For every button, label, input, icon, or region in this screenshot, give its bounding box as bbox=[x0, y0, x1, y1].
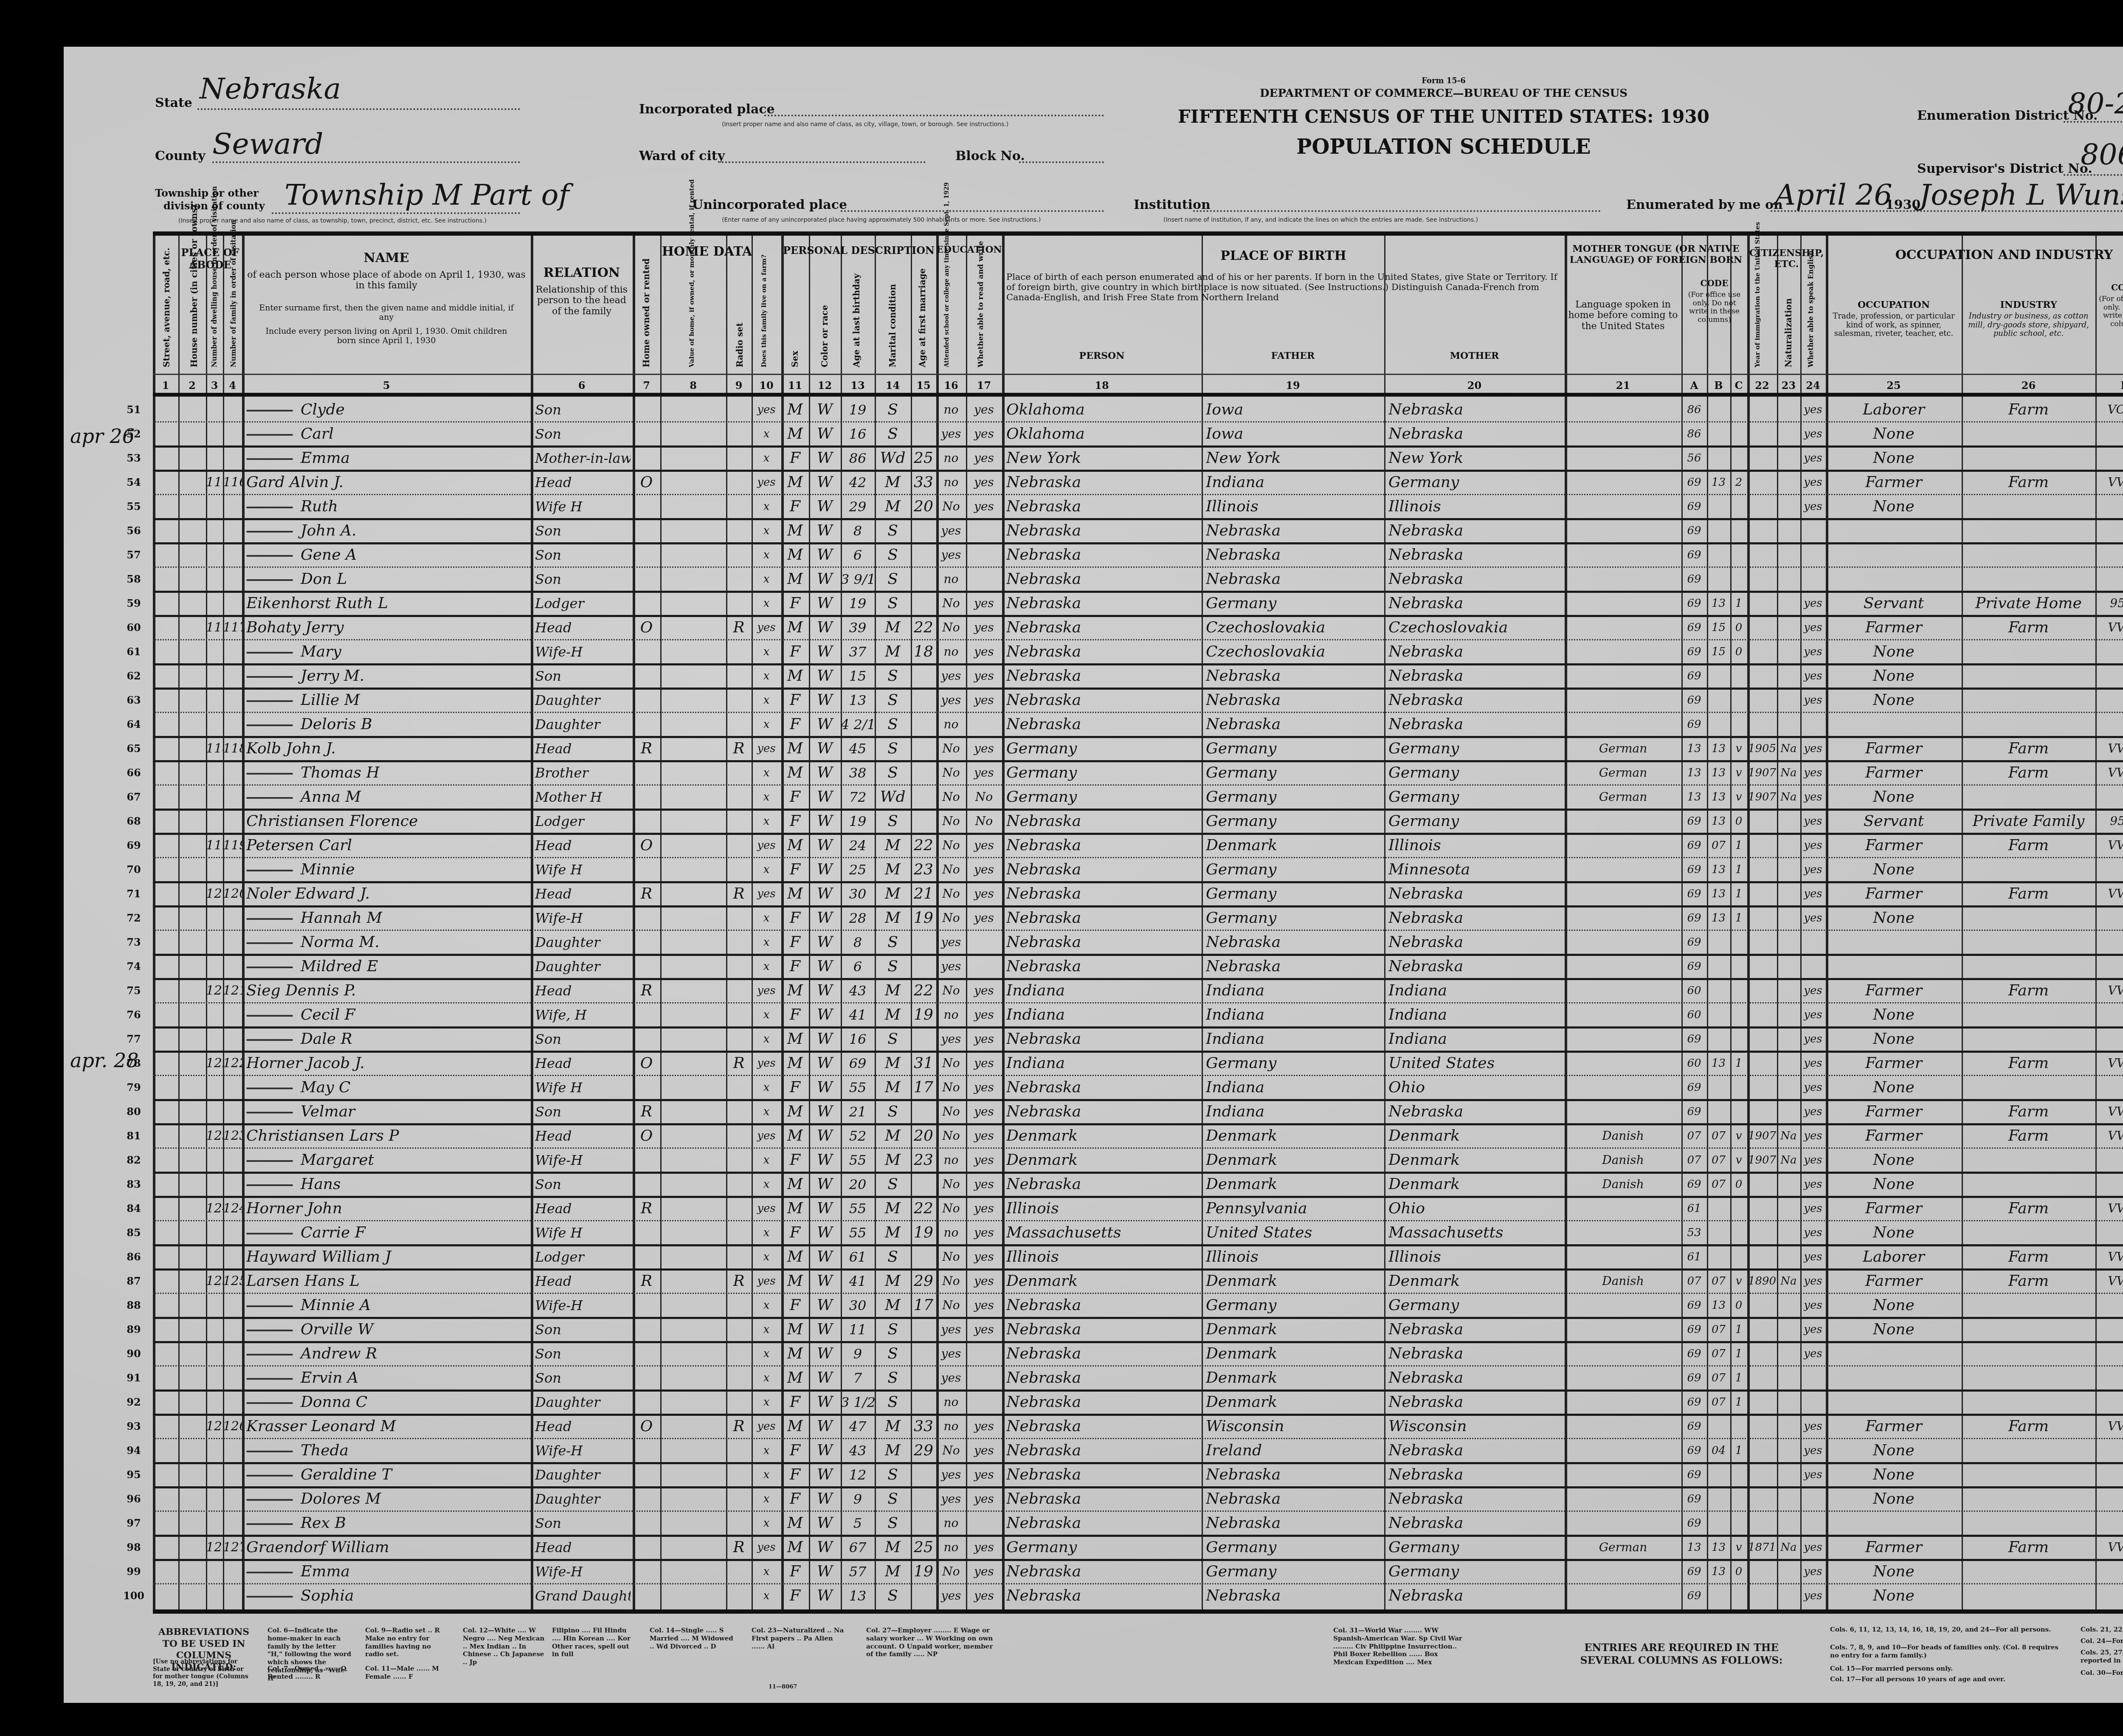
attended-school: no bbox=[936, 1002, 966, 1026]
attended-school: No bbox=[936, 1099, 966, 1123]
industry bbox=[1962, 494, 2095, 518]
birthplace-father: Denmark bbox=[1206, 1389, 1384, 1414]
attended-school: No bbox=[936, 857, 966, 881]
vh-street: Street, avenue, road, etc. bbox=[161, 287, 172, 367]
speaks-english: yes bbox=[1800, 615, 1826, 639]
dwelling-number bbox=[206, 494, 223, 518]
home-owned bbox=[633, 1293, 660, 1317]
naturalization bbox=[1777, 954, 1800, 978]
age-first-marriage: 18 bbox=[911, 639, 936, 663]
relation: Daughter bbox=[535, 1486, 631, 1511]
farm-residence: yes bbox=[752, 1414, 781, 1438]
immigration-year bbox=[1747, 1196, 1777, 1220]
marital-status: S bbox=[875, 421, 911, 445]
given-name: Ervin A bbox=[301, 1369, 358, 1387]
code-b bbox=[1707, 1220, 1730, 1244]
birthplace-father: Indiana bbox=[1206, 1075, 1384, 1099]
birthplace-father: Denmark bbox=[1206, 1341, 1384, 1365]
occupation-code bbox=[2095, 930, 2123, 954]
relation: Son bbox=[535, 566, 631, 591]
family-number bbox=[223, 1172, 242, 1196]
attended-school: No bbox=[936, 905, 966, 930]
occupation: Servant bbox=[1826, 591, 1962, 615]
age-first-marriage bbox=[911, 1486, 936, 1511]
dwelling-number bbox=[206, 542, 223, 566]
home-owned bbox=[633, 421, 660, 445]
given-name: Norma M. bbox=[301, 933, 380, 951]
read-write: yes bbox=[966, 421, 1002, 445]
read-write: yes bbox=[966, 397, 1002, 421]
mother-tongue bbox=[1565, 1002, 1681, 1026]
dwelling-number bbox=[206, 639, 223, 663]
code-a: 13 bbox=[1681, 784, 1707, 809]
dwelling-number bbox=[206, 1511, 223, 1535]
read-write: yes bbox=[966, 639, 1002, 663]
industry: Farm bbox=[1962, 881, 2095, 905]
relation: Wife-H bbox=[535, 639, 631, 663]
birthplace-father: Illinois bbox=[1206, 1244, 1384, 1268]
naturalization bbox=[1777, 1438, 1800, 1462]
sex: F bbox=[781, 930, 809, 954]
table-row: 56 John A. Son x M W 8 S yes Nebraska Ne… bbox=[153, 518, 2123, 544]
age-first-marriage: 19 bbox=[911, 1559, 936, 1583]
sex: M bbox=[781, 663, 809, 688]
surname-ditto-mark bbox=[246, 797, 293, 799]
occupation-code bbox=[2095, 1293, 2123, 1317]
family-number bbox=[223, 930, 242, 954]
sex: F bbox=[781, 1075, 809, 1099]
code-a: 53 bbox=[1681, 1220, 1707, 1244]
occupation-code bbox=[2095, 1147, 2123, 1172]
person-name: Clyde bbox=[246, 397, 529, 421]
table-row: 90 Andrew R Son x M W 9 S yes Nebraska D… bbox=[153, 1341, 2123, 1367]
birthplace-mother: Nebraska bbox=[1388, 1583, 1565, 1607]
col-num: 19 bbox=[1202, 379, 1384, 392]
line-number: 67 bbox=[119, 784, 149, 809]
age: 16 bbox=[841, 421, 875, 445]
read-write: yes bbox=[966, 1414, 1002, 1438]
attended-school: No bbox=[936, 1123, 966, 1147]
naturalization bbox=[1777, 881, 1800, 905]
home-owned bbox=[633, 760, 660, 784]
line-number: 88 bbox=[119, 1293, 149, 1317]
marital-status: M bbox=[875, 1268, 911, 1293]
read-write: yes bbox=[966, 1123, 1002, 1147]
naturalization bbox=[1777, 1026, 1800, 1051]
immigration-year bbox=[1747, 809, 1777, 833]
marital-status: M bbox=[875, 1220, 911, 1244]
mother-tongue bbox=[1565, 591, 1681, 615]
radio-set bbox=[726, 1147, 752, 1172]
code-b: 07 bbox=[1707, 1341, 1730, 1365]
code-b: 07 bbox=[1707, 1389, 1730, 1414]
age-first-marriage: 22 bbox=[911, 978, 936, 1002]
radio-set: R bbox=[726, 1414, 752, 1438]
group-home: HOME DATA bbox=[633, 244, 781, 259]
vh-dwelling: Number of dwelling house in order of vis… bbox=[210, 270, 218, 367]
race: W bbox=[809, 905, 841, 930]
industry: Farm bbox=[1962, 1535, 2095, 1559]
occupation: Farmer bbox=[1826, 1196, 1962, 1220]
vh-naturalization: Naturalization bbox=[1783, 270, 1794, 367]
table-row: 85 Carrie F Wife H x F W 55 M 19 no yes … bbox=[153, 1220, 2123, 1246]
line-number: 70 bbox=[119, 857, 149, 881]
given-name: Theda bbox=[301, 1442, 349, 1459]
home-owned bbox=[633, 712, 660, 736]
code-b bbox=[1707, 954, 1730, 978]
given-name: Geraldine T bbox=[301, 1466, 392, 1483]
occupation-code: VVVV bbox=[2095, 833, 2123, 857]
birthplace-person: Nebraska bbox=[1006, 1462, 1202, 1486]
race: W bbox=[809, 663, 841, 688]
code-a: 13 bbox=[1681, 760, 1707, 784]
col-num: 5 bbox=[242, 379, 531, 392]
birthplace-father: Denmark bbox=[1206, 1147, 1384, 1172]
table-row: 66 Thomas H Brother x M W 38 S No yes Ge… bbox=[153, 760, 2123, 786]
home-owned bbox=[633, 494, 660, 518]
read-write: yes bbox=[966, 445, 1002, 470]
birthplace-mother: Czechoslovakia bbox=[1388, 615, 1565, 639]
surname-ditto-mark bbox=[246, 652, 293, 654]
radio-set bbox=[726, 566, 752, 591]
sd-value: 806 bbox=[2081, 138, 2123, 172]
immigration-year bbox=[1747, 397, 1777, 421]
line-number: 55 bbox=[119, 494, 149, 518]
line-number: 54 bbox=[119, 470, 149, 494]
read-write bbox=[966, 1511, 1002, 1535]
farm-residence: x bbox=[752, 1075, 781, 1099]
read-write bbox=[966, 542, 1002, 566]
age: 47 bbox=[841, 1414, 875, 1438]
code-a: 69 bbox=[1681, 470, 1707, 494]
birthplace-person: Nebraska bbox=[1006, 881, 1202, 905]
dwelling-number: 121 bbox=[206, 978, 223, 1002]
farm-residence: x bbox=[752, 1220, 781, 1244]
farm-residence: yes bbox=[752, 736, 781, 760]
race: W bbox=[809, 591, 841, 615]
col-num: 14 bbox=[875, 379, 911, 392]
attended-school: No bbox=[936, 1075, 966, 1099]
code-c bbox=[1730, 1026, 1747, 1051]
birthplace-person: Indiana bbox=[1006, 1051, 1202, 1075]
relation: Wife-H bbox=[535, 1293, 631, 1317]
birthplace-person: Germany bbox=[1006, 736, 1202, 760]
birthplace-person: Nebraska bbox=[1006, 1365, 1202, 1389]
person-name: Noler Edward J. bbox=[246, 881, 529, 905]
relation: Head bbox=[535, 1196, 631, 1220]
enumerated-date: April 26 bbox=[1775, 178, 1892, 212]
age-first-marriage: 22 bbox=[911, 615, 936, 639]
code-c: 2 bbox=[1730, 470, 1747, 494]
line-number: 71 bbox=[119, 881, 149, 905]
vh-house-number: House number (in cities or towns) bbox=[189, 287, 199, 367]
attended-school: no bbox=[936, 1511, 966, 1535]
age: 13 bbox=[841, 688, 875, 712]
marital-status: S bbox=[875, 688, 911, 712]
birthplace-mother: Nebraska bbox=[1388, 712, 1565, 736]
occupation: None bbox=[1826, 639, 1962, 663]
family-number: 123 bbox=[223, 1123, 242, 1147]
occupation-code: 9596 bbox=[2095, 809, 2123, 833]
occupation-code bbox=[2095, 905, 2123, 930]
code-a: 69 bbox=[1681, 639, 1707, 663]
industry bbox=[1962, 1147, 2095, 1172]
family-number: 120 bbox=[223, 881, 242, 905]
occupation-code: VVVV bbox=[2095, 1196, 2123, 1220]
line-number: 87 bbox=[119, 1268, 149, 1293]
race: W bbox=[809, 881, 841, 905]
col-num: 26 bbox=[1962, 379, 2095, 392]
line-number: 86 bbox=[119, 1244, 149, 1268]
relation: Son bbox=[535, 1341, 631, 1365]
code-b bbox=[1707, 494, 1730, 518]
radio-set bbox=[726, 1026, 752, 1051]
line-number: 59 bbox=[119, 591, 149, 615]
code-c: v bbox=[1730, 1123, 1747, 1147]
naturalization bbox=[1777, 857, 1800, 881]
speaks-english: yes bbox=[1800, 1220, 1826, 1244]
sex: F bbox=[781, 639, 809, 663]
occupation-code bbox=[2095, 1365, 2123, 1389]
occupation: None bbox=[1826, 1075, 1962, 1099]
code-c: 1 bbox=[1730, 1051, 1747, 1075]
race: W bbox=[809, 421, 841, 445]
occupation-code: VVVV bbox=[2095, 470, 2123, 494]
immigration-year bbox=[1747, 470, 1777, 494]
read-write: yes bbox=[966, 1196, 1002, 1220]
given-name: Mildred E bbox=[301, 958, 378, 975]
marital-status: S bbox=[875, 542, 911, 566]
table-row: 81 123 123 Christiansen Lars P Head O ye… bbox=[153, 1123, 2123, 1149]
birthplace-person: Nebraska bbox=[1006, 857, 1202, 881]
farm-residence: yes bbox=[752, 978, 781, 1002]
naturalization bbox=[1777, 1462, 1800, 1486]
person-name: Cecil F bbox=[246, 1002, 529, 1026]
dwelling-number: 118 bbox=[206, 736, 223, 760]
relation: Daughter bbox=[535, 712, 631, 736]
surname-ditto-mark bbox=[246, 1039, 293, 1041]
family-number bbox=[223, 1293, 242, 1317]
occupation-description: Trade, profession, or particular kind of… bbox=[1830, 312, 1957, 338]
speaks-english: yes bbox=[1800, 809, 1826, 833]
vh-speak-english: Whether able to speak English bbox=[1807, 270, 1815, 367]
immigration-year bbox=[1747, 566, 1777, 591]
immigration-year bbox=[1747, 494, 1777, 518]
race: W bbox=[809, 566, 841, 591]
surname-ditto-mark bbox=[246, 1499, 293, 1501]
code-b: 04 bbox=[1707, 1438, 1730, 1462]
print-code: 11—8067 bbox=[769, 1684, 853, 1691]
attended-school: yes bbox=[936, 1486, 966, 1511]
industry: Farm bbox=[1962, 1244, 2095, 1268]
township-value: Township M Part of bbox=[284, 178, 569, 212]
given-name: Emma bbox=[301, 1563, 350, 1580]
code-a: 69 bbox=[1681, 663, 1707, 688]
code-b bbox=[1707, 712, 1730, 736]
speaks-english: yes bbox=[1800, 1196, 1826, 1220]
occupation-code bbox=[2095, 954, 2123, 978]
immigration-year bbox=[1747, 1317, 1777, 1341]
read-write: yes bbox=[966, 1002, 1002, 1026]
occupation: Laborer bbox=[1826, 1244, 1962, 1268]
family-number bbox=[223, 1244, 242, 1268]
speaks-english bbox=[1800, 1389, 1826, 1414]
given-name: Cecil F bbox=[301, 1006, 355, 1023]
surname-ditto-mark bbox=[246, 1160, 293, 1162]
abbrev-col27: Col. 27—Employer ........ E Wage or sala… bbox=[866, 1626, 994, 1658]
given-name: Sophia bbox=[301, 1587, 354, 1604]
home-owned bbox=[633, 663, 660, 688]
line-number: 57 bbox=[119, 542, 149, 566]
sex: F bbox=[781, 1486, 809, 1511]
dwelling-number bbox=[206, 1220, 223, 1244]
col-num: 8 bbox=[660, 379, 726, 392]
line-number: 72 bbox=[119, 905, 149, 930]
line-number: 81 bbox=[119, 1123, 149, 1147]
code-b bbox=[1707, 1002, 1730, 1026]
birthplace-mother: Germany bbox=[1388, 809, 1565, 833]
race: W bbox=[809, 712, 841, 736]
occupation: Farmer bbox=[1826, 1051, 1962, 1075]
vh-read-write: Whether able to read and write bbox=[977, 270, 985, 367]
group-relation: RELATION bbox=[531, 265, 633, 280]
immigration-year bbox=[1747, 1244, 1777, 1268]
naturalization bbox=[1777, 1196, 1800, 1220]
vh-age-marriage: Age at first marriage bbox=[917, 270, 927, 367]
given-name: Orville W bbox=[301, 1321, 373, 1338]
family-number: 118 bbox=[223, 736, 242, 760]
family-number bbox=[223, 421, 242, 445]
code-b bbox=[1707, 1462, 1730, 1486]
person-name: John A. bbox=[246, 518, 529, 542]
dwelling-number bbox=[206, 760, 223, 784]
marital-status: M bbox=[875, 1147, 911, 1172]
birthplace-person: Nebraska bbox=[1006, 809, 1202, 833]
farm-residence: x bbox=[752, 1511, 781, 1535]
occupation-code: VVVV bbox=[2095, 978, 2123, 1002]
birthplace-mother: Nebraska bbox=[1388, 1438, 1565, 1462]
age: 57 bbox=[841, 1559, 875, 1583]
dwelling-number bbox=[206, 1438, 223, 1462]
abbrev-col7: Col. 7—Owned ........ O Rented ........ … bbox=[267, 1665, 352, 1681]
age: 16 bbox=[841, 1026, 875, 1051]
age-first-marriage: 25 bbox=[911, 445, 936, 470]
home-owned bbox=[633, 688, 660, 712]
person-name: Hayward William J bbox=[246, 1244, 529, 1268]
code-b: 13 bbox=[1707, 736, 1730, 760]
age-first-marriage bbox=[911, 518, 936, 542]
birthplace-person: Nebraska bbox=[1006, 1559, 1202, 1583]
read-write: yes bbox=[966, 470, 1002, 494]
code-b: 15 bbox=[1707, 615, 1730, 639]
family-number: 117 bbox=[223, 615, 242, 639]
radio-set bbox=[726, 1559, 752, 1583]
birthplace-person: Denmark bbox=[1006, 1147, 1202, 1172]
occupation: Farmer bbox=[1826, 1123, 1962, 1147]
speaks-english: yes bbox=[1800, 688, 1826, 712]
family-number bbox=[223, 1002, 242, 1026]
birth-father-header: FATHER bbox=[1202, 350, 1384, 361]
occupation: Farmer bbox=[1826, 1268, 1962, 1293]
person-name: Ervin A bbox=[246, 1365, 529, 1389]
birthplace-person: Nebraska bbox=[1006, 1511, 1202, 1535]
code-a: 69 bbox=[1681, 833, 1707, 857]
code-b: 15 bbox=[1707, 639, 1730, 663]
line-number: 68 bbox=[119, 809, 149, 833]
line-number: 82 bbox=[119, 1147, 149, 1172]
birthplace-mother: United States bbox=[1388, 1051, 1565, 1075]
industry: Farm bbox=[1962, 1123, 2095, 1147]
home-owned: O bbox=[633, 470, 660, 494]
person-name: Ruth bbox=[246, 494, 529, 518]
industry: Farm bbox=[1962, 1099, 2095, 1123]
family-number: 116 bbox=[223, 470, 242, 494]
home-owned bbox=[633, 1220, 660, 1244]
table-row: 88 Minnie A Wife-H x F W 30 M 17 No yes … bbox=[153, 1293, 2123, 1319]
age: 43 bbox=[841, 1438, 875, 1462]
code-b: 13 bbox=[1707, 591, 1730, 615]
code-b bbox=[1707, 445, 1730, 470]
birthplace-father: Indiana bbox=[1206, 1002, 1384, 1026]
code-b bbox=[1707, 1075, 1730, 1099]
birthplace-person: Nebraska bbox=[1006, 1583, 1202, 1607]
speaks-english bbox=[1800, 1486, 1826, 1511]
speaks-english: yes bbox=[1800, 1559, 1826, 1583]
occupation: Farmer bbox=[1826, 760, 1962, 784]
occupation-code bbox=[2095, 1438, 2123, 1462]
industry bbox=[1962, 639, 2095, 663]
code-a: 69 bbox=[1681, 542, 1707, 566]
surname-ditto-mark bbox=[246, 1523, 293, 1525]
institution-line bbox=[1193, 210, 1601, 212]
age: 55 bbox=[841, 1196, 875, 1220]
code-a: 69 bbox=[1681, 1559, 1707, 1583]
code-c bbox=[1730, 1583, 1747, 1607]
marital-status: S bbox=[875, 518, 911, 542]
line-number: 92 bbox=[119, 1389, 149, 1414]
table-row: 70 Minnie Wife H x F W 25 M 23 No yes Ne… bbox=[153, 857, 2123, 883]
birthplace-father: Iowa bbox=[1206, 421, 1384, 445]
speaks-english: yes bbox=[1800, 663, 1826, 688]
surname-ditto-mark bbox=[246, 870, 293, 871]
speaks-english: yes bbox=[1800, 905, 1826, 930]
attended-school: no bbox=[936, 1414, 966, 1438]
home-owned: O bbox=[633, 1051, 660, 1075]
line-number: 75 bbox=[119, 978, 149, 1002]
marital-status: S bbox=[875, 591, 911, 615]
speaks-english: yes bbox=[1800, 1002, 1826, 1026]
marital-status: S bbox=[875, 1486, 911, 1511]
vh-farm: Does this family live on a farm? bbox=[760, 270, 768, 367]
naturalization bbox=[1777, 1559, 1800, 1583]
code-c bbox=[1730, 518, 1747, 542]
code-b bbox=[1707, 421, 1730, 445]
birthplace-father: Wisconsin bbox=[1206, 1414, 1384, 1438]
race: W bbox=[809, 1462, 841, 1486]
age: 20 bbox=[841, 1172, 875, 1196]
family-number bbox=[223, 494, 242, 518]
industry bbox=[1962, 542, 2095, 566]
table-row: 79 May C Wife H x F W 55 M 17 No yes Neb… bbox=[153, 1075, 2123, 1101]
age-first-marriage bbox=[911, 1462, 936, 1486]
mother-tongue bbox=[1565, 978, 1681, 1002]
person-name: May C bbox=[246, 1075, 529, 1099]
occupation: Farmer bbox=[1826, 470, 1962, 494]
given-name: Carl bbox=[301, 425, 334, 442]
code-b: 07 bbox=[1707, 833, 1730, 857]
sex: M bbox=[781, 881, 809, 905]
immigration-year bbox=[1747, 615, 1777, 639]
